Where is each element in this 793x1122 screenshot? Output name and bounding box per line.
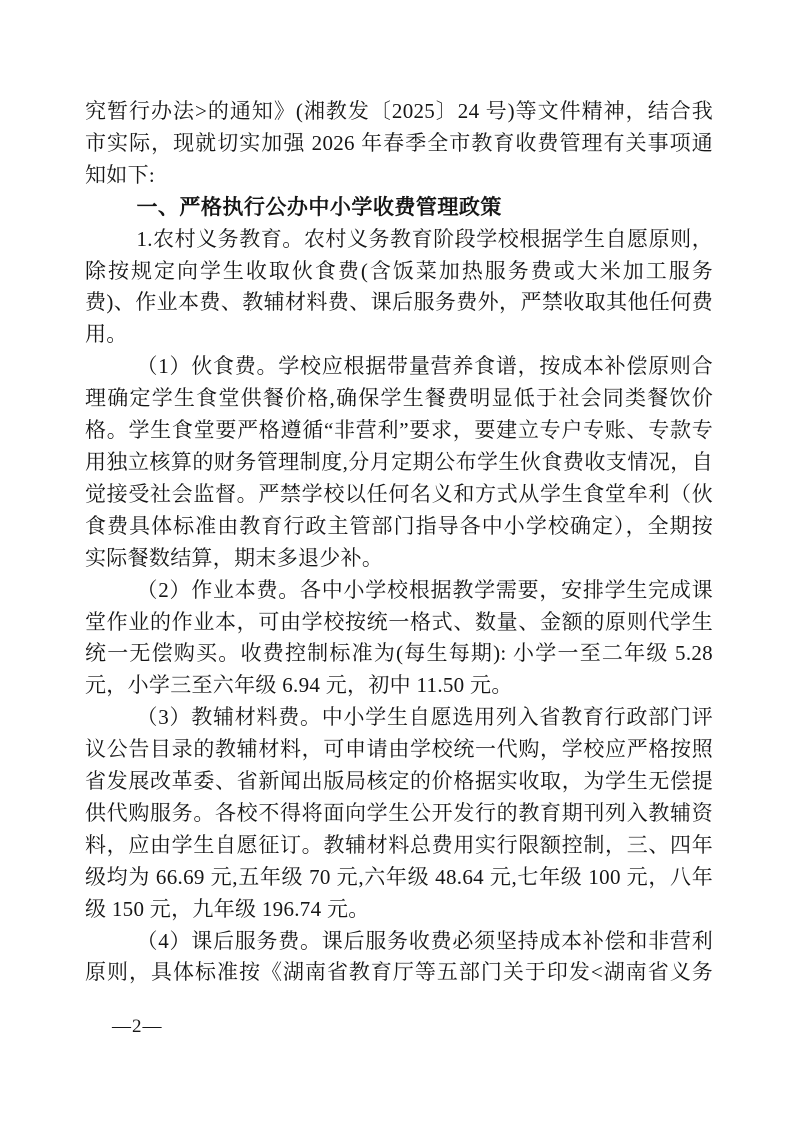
paragraph-rural-compulsory-education: 1.农村义务教育。农村义务教育阶段学校根据学生自愿原则，除按规定向学生收取伙食费… — [85, 224, 713, 352]
document-body: 究暂行办法>的通知》(湘教发〔2025〕24 号)等文件精神，结合我市实际，现就… — [85, 96, 713, 989]
paragraph-after-school-service-fee: （4）课后服务费。课后服务收费必须坚持成本补偿和非营利原则，具体标准按《湖南省教… — [85, 926, 713, 990]
paragraph-workbook-fee: （2）作业本费。各中小学校根据教学需要，安排学生完成课堂作业的作业本，可由学校按… — [85, 575, 713, 703]
page-number: —2— — [112, 1016, 163, 1038]
paragraph-intro-continuation: 究暂行办法>的通知》(湘教发〔2025〕24 号)等文件精神，结合我市实际，现就… — [85, 96, 713, 192]
paragraph-teaching-materials-fee: （3）教辅材料费。中小学生自愿选用列入省教育行政部门评议公告目录的教辅材料，可申… — [85, 702, 713, 925]
document-page: 究暂行办法>的通知》(湘教发〔2025〕24 号)等文件精神，结合我市实际，现就… — [0, 0, 793, 1122]
paragraph-meal-fee: （1）伙食费。学校应根据带量营养食谱，按成本补偿原则合理确定学生食堂供餐价格,确… — [85, 351, 713, 574]
section-heading-public-school-fee-policy: 一、严格执行公办中小学收费管理政策 — [85, 192, 713, 224]
